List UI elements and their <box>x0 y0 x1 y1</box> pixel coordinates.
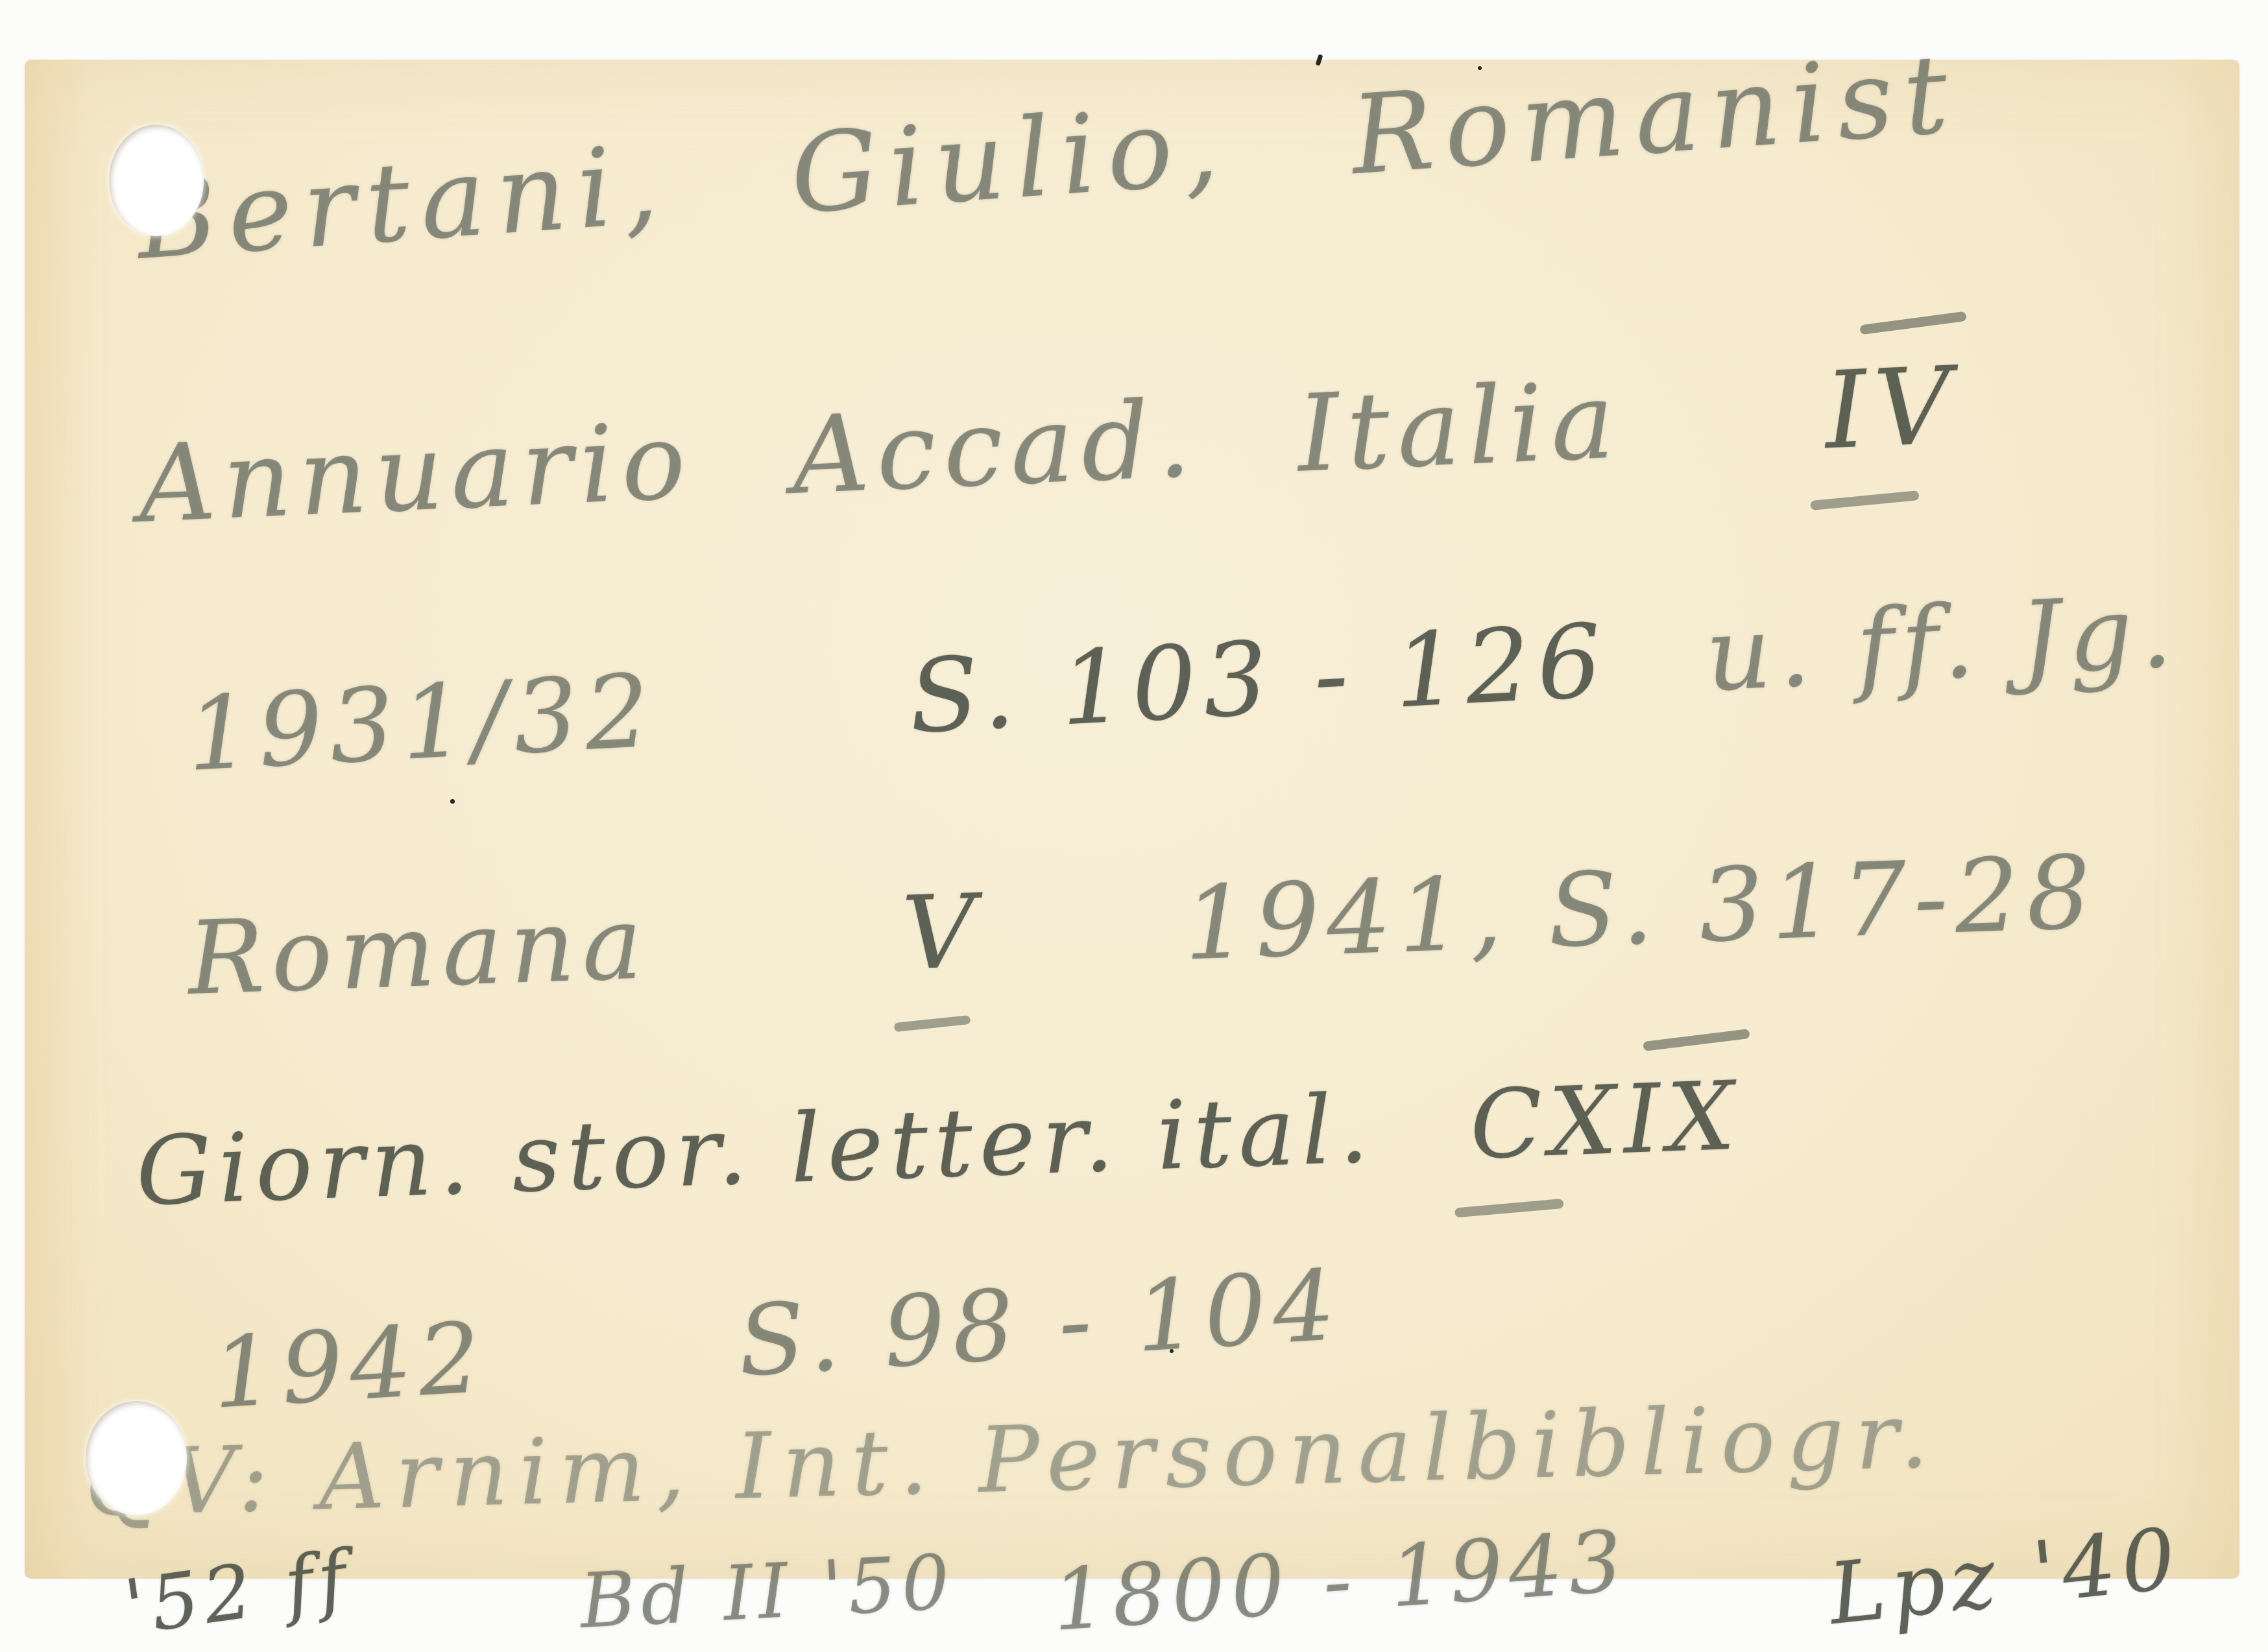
ref1-pages: S. 103 - 126 <box>906 601 1611 756</box>
ink-speck <box>1170 1349 1174 1353</box>
scan-background: Bertani, Giulio, Romanist Annuario Accad… <box>0 0 2268 1609</box>
punch-hole-bottom <box>86 1401 187 1515</box>
author-text: Bertani, Giulio, Romanist <box>132 30 1962 284</box>
ref1-year: 1931/32 <box>184 651 659 794</box>
ref4-year: 1942 <box>209 1301 490 1431</box>
title-word-annuario: Annuario <box>136 399 695 547</box>
ref3-roman-numeral-cxix: CXIX <box>1468 1061 1743 1180</box>
ref2-roman-numeral-v: V <box>900 872 985 992</box>
source-note-lpz-40: Lpz '40 <box>1824 1509 2186 1609</box>
reference-line-1: 1931/32 S. 103 - 126 u. ff. Jg. <box>184 571 2182 794</box>
ink-speck <box>1478 66 1482 70</box>
ink-speck <box>1316 54 1323 66</box>
source-note-52ff: '52 ff <box>119 1533 357 1609</box>
title-word-italia: Italia <box>1295 358 1624 496</box>
ref1-suffix: u. ff. Jg. <box>1703 571 2182 714</box>
ref3-journal: Giorn. stor. letter. ital. <box>134 1073 1377 1227</box>
source-note-bd-ii-50: Bd II '50 <box>578 1538 957 1609</box>
punch-hole-top <box>109 125 204 236</box>
author-line: Bertani, Giulio, Romanist <box>132 30 1962 284</box>
title-roman-numeral-iv: IV <box>1822 344 1961 473</box>
ref4-pages: S. 98 - 104 <box>735 1249 1345 1399</box>
reference-line-2: Romana V 1941, S. 317-28 <box>186 833 2100 1018</box>
title-word-accad: Accad. <box>790 377 1201 518</box>
ref2-journal: Romana <box>186 883 651 1018</box>
index-card: Bertani, Giulio, Romanist Annuario Accad… <box>25 60 2239 1579</box>
ink-speck <box>450 799 455 804</box>
ref2-detail: 1941, S. 317-28 <box>1182 833 2100 983</box>
source-note-1800-1943: 1800 - 1943 <box>1049 1511 1631 1609</box>
reference-line-3: Giorn. stor. letter. ital. CXIX <box>134 1061 1743 1227</box>
title-line: Annuario Accad. Italia IV <box>136 344 1961 547</box>
